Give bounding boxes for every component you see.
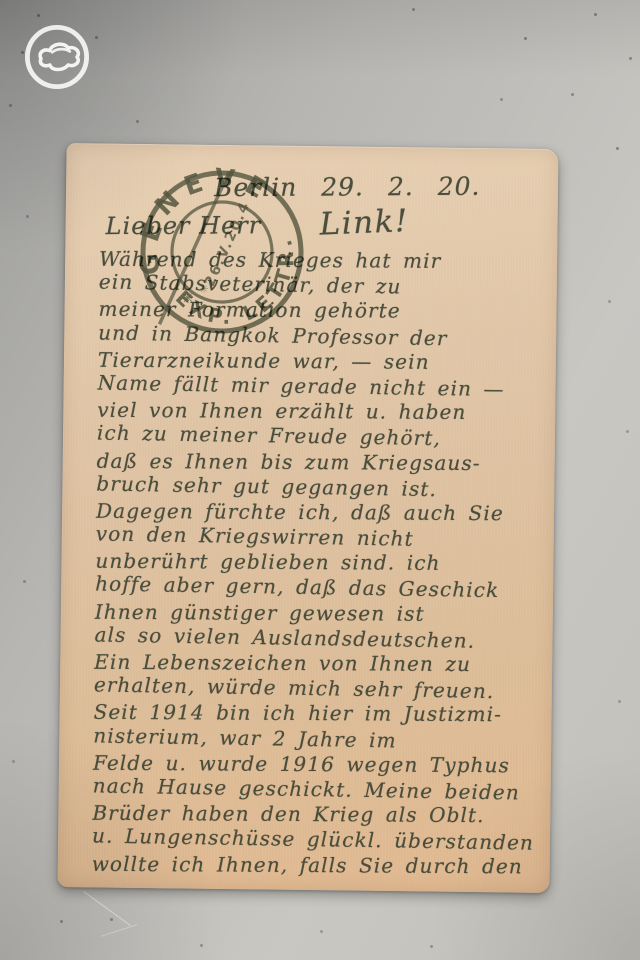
photo-background: Berlin 29. 2. 20. Lieber Herr Link! Währ… — [0, 0, 640, 960]
surface-scratch — [101, 924, 137, 937]
handwritten-line: wollte ich Ihnen, falls Sie durch den — [92, 851, 532, 879]
stamp-star-ornament: ✳ — [199, 282, 209, 295]
postmark-stamp: GENEVE EXP. LETTR. 26.V.20.4 ✳ ✳ — [119, 149, 326, 356]
stamp-star-ornament: ✳ — [181, 289, 194, 307]
cloud-logo-watermark — [17, 17, 97, 97]
surface-scratch — [83, 891, 131, 926]
salutation-name: Link! — [318, 203, 409, 243]
